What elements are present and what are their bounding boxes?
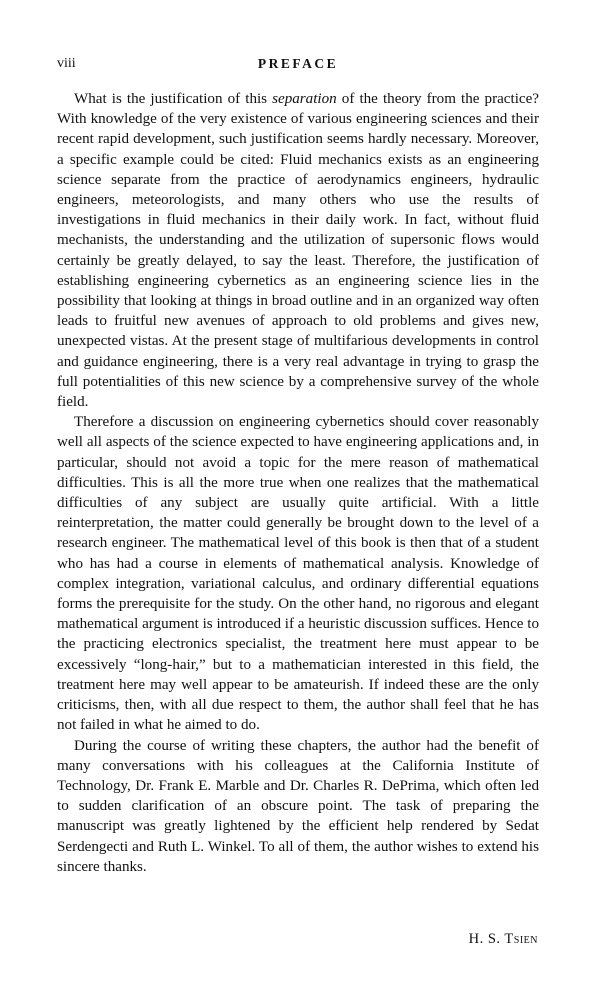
running-head: viii PREFACE bbox=[57, 56, 539, 76]
paragraph-acknowledgments: During the course of writing these chapt… bbox=[57, 736, 539, 877]
running-title: PREFACE bbox=[57, 56, 539, 72]
preface-body: What is the justification of this separa… bbox=[57, 89, 539, 877]
paragraph-justification: What is the justification of this separa… bbox=[57, 89, 539, 412]
emphasized-word: separation bbox=[272, 91, 337, 107]
author-signature: H. S. Tsien bbox=[469, 931, 538, 948]
book-page: viii PREFACE What is the justification o… bbox=[0, 0, 600, 1005]
paragraph-text: of the theory from the practice? With kn… bbox=[57, 91, 539, 410]
paragraph-scope: Therefore a discussion on engineering cy… bbox=[57, 412, 539, 735]
paragraph-text: What is the justification of this bbox=[74, 91, 272, 107]
